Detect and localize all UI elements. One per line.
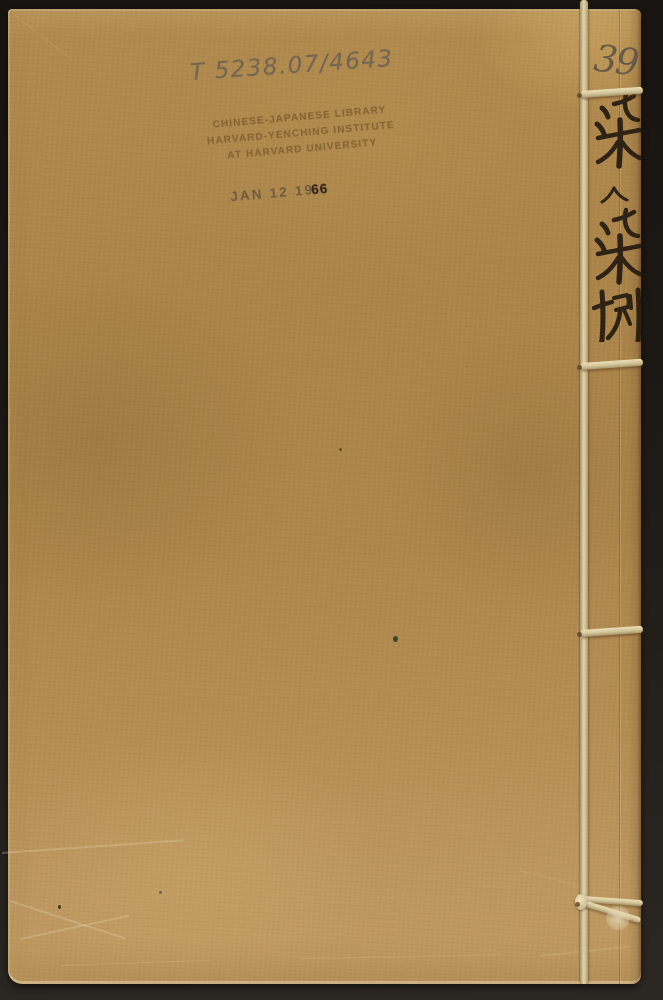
speck (393, 636, 398, 642)
photo-background: T 5238.07/4643 CHINESE-JAPANESE LIBRARY … (0, 0, 663, 1000)
binding-hole (577, 365, 582, 370)
binding-hole (577, 632, 582, 637)
calligraphy-character (597, 94, 640, 166)
speck (58, 905, 61, 909)
volume-calligraphy (592, 92, 644, 342)
binding-hole (577, 93, 582, 98)
speck (159, 891, 162, 894)
worn-pale-spot (606, 905, 630, 931)
binding-thread-vertical (580, 0, 588, 984)
calligraphy-character (594, 290, 639, 342)
date-stamp-ink-overwrite: 66 (311, 181, 329, 197)
calligraphy-character (597, 210, 640, 282)
speck (339, 448, 342, 451)
calligraphy-brush-flourish (602, 188, 627, 202)
corner-number: 39 (592, 37, 640, 85)
binding-hole (575, 902, 580, 907)
book-cover: T 5238.07/4643 CHINESE-JAPANESE LIBRARY … (8, 9, 641, 984)
